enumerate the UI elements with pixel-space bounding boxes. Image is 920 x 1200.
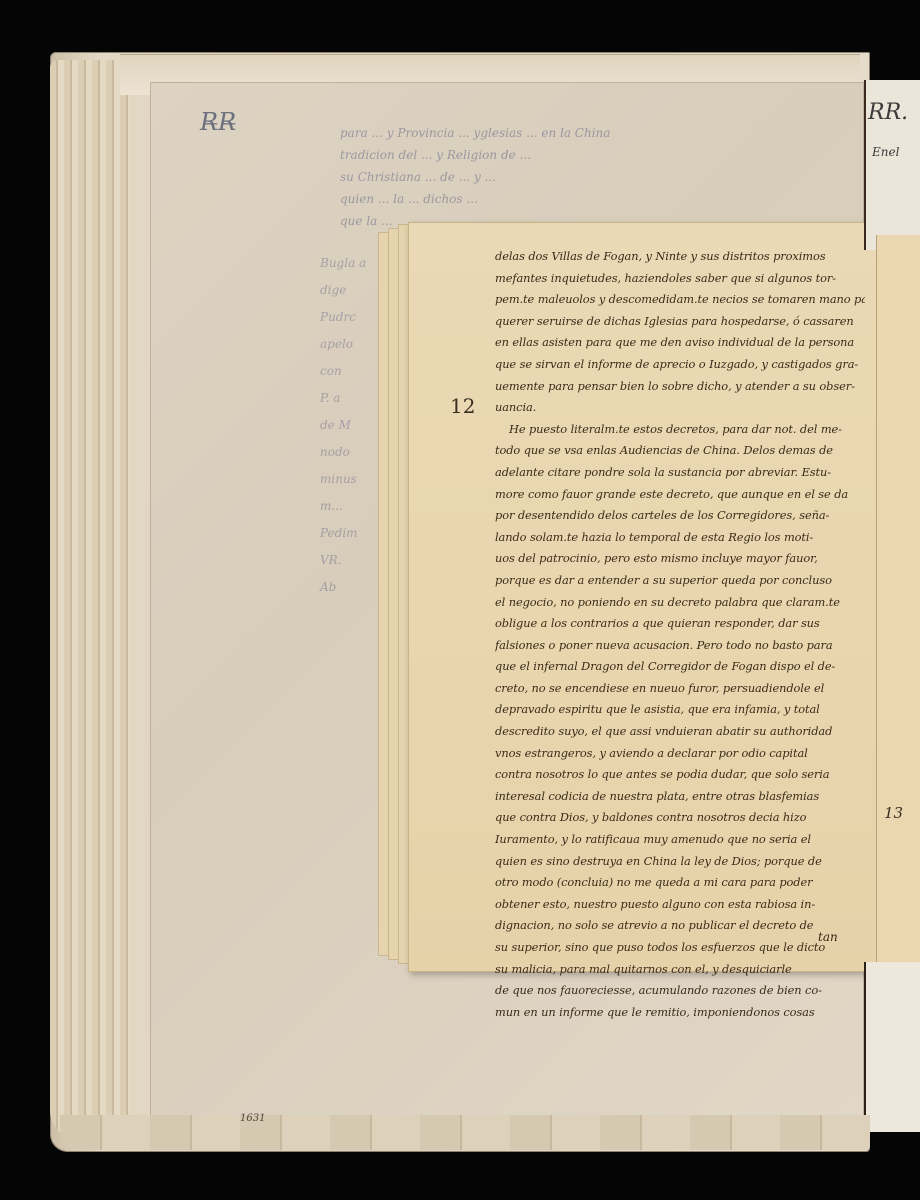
manuscript-line: more como fauor grande este decreto, que… — [495, 484, 865, 506]
manuscript-line: uemente para pensar bien lo sobre dicho,… — [495, 376, 865, 398]
manuscript-line: contra nosotros lo que antes se podia du… — [495, 764, 865, 786]
manuscript-line: interesal codicia de nuestra plata, entr… — [495, 786, 865, 808]
underlying-page-signature-mark: R̶R̶ — [200, 108, 236, 136]
manuscript-line: creto, no se encendiese en nueuo furor, … — [495, 678, 865, 700]
manuscript-line: mefantes inquietudes, haziendoles saber … — [495, 268, 865, 290]
adjacent-page-bottom — [864, 962, 920, 1132]
manuscript-line: obtener esto, nuestro puesto alguno con … — [495, 894, 865, 916]
manuscript-line: descredito suyo, el que assi vnduieran a… — [495, 721, 865, 743]
inventory-mark: 1631 — [240, 1113, 265, 1124]
manuscript-line: que se sirvan el informe de aprecio o Iu… — [495, 354, 865, 376]
worn-bottom-edge — [60, 1115, 870, 1150]
manuscript-line: uancia. — [495, 397, 865, 419]
manuscript-line: falsiones o poner nueva acusacion. Pero … — [495, 635, 865, 657]
adjacent-page-subline: Enel — [872, 145, 899, 159]
manuscript-line: otro modo (concluia) no me queda a mi ca… — [495, 872, 865, 894]
manuscript-line: de que nos fauoreciesse, acumulando razo… — [495, 980, 865, 1002]
manuscript-line: adelante citare pondre sola la sustancia… — [495, 462, 865, 484]
manuscript-line: querer seruirse de dichas Iglesias para … — [495, 311, 865, 333]
faded-line: tradicion del ... y Religion de ... — [340, 144, 860, 166]
adjacent-page-signature-mark: RR. — [868, 100, 908, 125]
faded-line: para ... y Provincia ... yglesias ... en… — [340, 122, 860, 144]
folio-number: 12 — [450, 394, 475, 418]
manuscript-line: su superior, sino que puso todos los esf… — [495, 937, 865, 959]
catchword: tan — [818, 930, 838, 944]
manuscript-line: vnos estrangeros, y aviendo a declarar p… — [495, 743, 865, 765]
manuscript-line: mun en un informe que le remitio, imponi… — [495, 1002, 865, 1024]
manuscript-line: dignacion, no solo se atrevio a no publi… — [495, 915, 865, 937]
manuscript-line: uos del patrocinio, pero esto mismo incl… — [495, 548, 865, 570]
manuscript-line: pem.te maleuolos y descomedidam.te necio… — [495, 289, 865, 311]
manuscript-line: su malicia, para mal quitarnos con el, y… — [495, 959, 865, 981]
worn-binding-left — [50, 60, 130, 1140]
manuscript-line: Iuramento, y lo ratificaua muy amenudo q… — [495, 829, 865, 851]
manuscript-line: obligue a los contrarios a que quieran r… — [495, 613, 865, 635]
manuscript-line: que el infernal Dragon del Corregidor de… — [495, 656, 865, 678]
manuscript-line: quien es sino destruya en China la ley d… — [495, 851, 865, 873]
paragraph-opening-line: He puesto literalm.te estos decretos, pa… — [495, 419, 865, 441]
adjacent-manuscript-leaf — [876, 235, 920, 965]
manuscript-line: depravado espiritu que le asistia, que e… — [495, 699, 865, 721]
manuscript-line: el negocio, no poniendo en su decreto pa… — [495, 592, 865, 614]
adjacent-folio-number: 13 — [884, 804, 903, 822]
manuscript-line: por desentendido delos carteles de los C… — [495, 505, 865, 527]
faded-line: su Christiana ... de ... y ... — [340, 166, 860, 188]
manuscript-line: lando solam.te hazia lo temporal de esta… — [495, 527, 865, 549]
manuscript-text-block: delas dos Villas de Fogan, y Ninte y sus… — [495, 246, 865, 1023]
manuscript-line: delas dos Villas de Fogan, y Ninte y sus… — [495, 246, 865, 268]
underlying-page-faded-text: para ... y Provincia ... yglesias ... en… — [340, 122, 860, 232]
manuscript-line: porque es dar a entender a su superior q… — [495, 570, 865, 592]
manuscript-line: todo que se vsa enlas Audiencias de Chin… — [495, 440, 865, 462]
manuscript-line: en ellas asisten para que me den aviso i… — [495, 332, 865, 354]
manuscript-line: que contra Dios, y baldones contra nosot… — [495, 807, 865, 829]
faded-line: quien ... la ... dichos ... — [340, 188, 860, 210]
